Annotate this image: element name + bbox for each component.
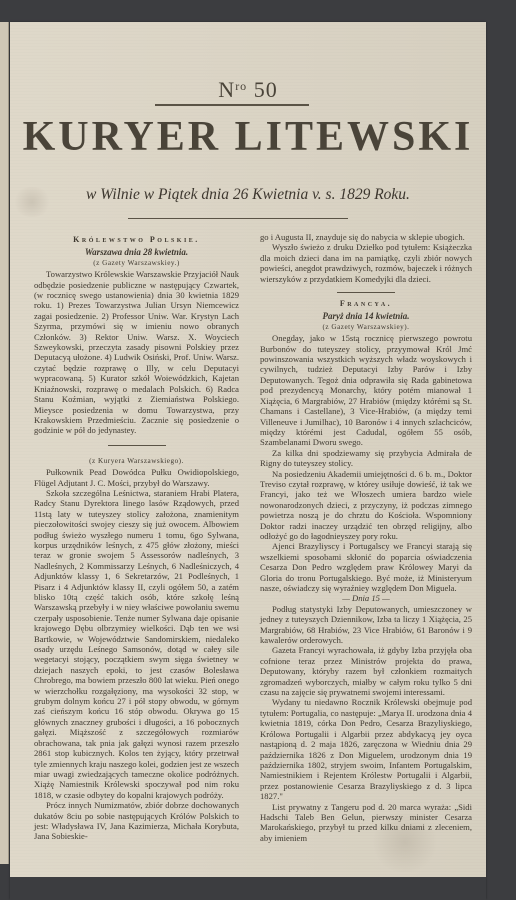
- section-heading-france: Francya.: [260, 299, 472, 309]
- left-column: Królewstwo Polskie. Warszawa dnia 28 kwi…: [34, 232, 239, 842]
- issue-label: N: [218, 77, 235, 102]
- masthead-rule-top: [155, 104, 309, 106]
- section-dateline-warsaw: Warszawa dnia 28 kwietnia.: [34, 247, 239, 257]
- section-heading-poland: Królewstwo Polskie.: [34, 235, 239, 245]
- issue-dateline: w Wilnie w Piątek dnia 26 Kwietnia v. s.…: [10, 186, 486, 204]
- article-paragraph: Za kilka dni spodziewamy się przybycia A…: [260, 448, 472, 469]
- article-paragraph: Na posiedzeniu Akademii umiejętności d. …: [260, 469, 472, 542]
- article-paragraph: Wyszło świeżo z druku Dziełko pod tytułe…: [260, 242, 472, 284]
- newspaper-page: Nro 50 KURYER LITEWSKI w Wilnie w Piątek…: [10, 22, 486, 899]
- section-dateline-paris: Paryż dnia 14 kwietnia.: [260, 311, 472, 321]
- section-source: (z Kuryera Warszawskiego).: [34, 456, 239, 466]
- article-paragraph: Prócz innych Numizmatów, zbiór dobrze do…: [34, 800, 239, 842]
- article-paragraph: Onegday, jako w 15stą rocznicę pierwszeg…: [260, 333, 472, 447]
- article-paragraph: go i Augusta II, znayduje się do nabycia…: [260, 232, 472, 242]
- article-paragraph: Pułkownik Pead Dowódca Pułku Owidiopolsk…: [34, 467, 239, 488]
- binding-edge: [0, 22, 9, 864]
- issue-sup: ro: [235, 79, 247, 93]
- right-column: go i Augusta II, znayduje się do nabycia…: [260, 232, 472, 843]
- section-divider: [108, 445, 166, 446]
- scan-background-bottom: [10, 877, 486, 900]
- day-marker: — Dnia 15 —: [260, 593, 472, 603]
- article-paragraph: Ajenci Brazyliyscy i Portugalscy we Fran…: [260, 541, 472, 593]
- issue-number: Nro 50: [10, 77, 486, 103]
- issue-value: 50: [254, 77, 278, 102]
- masthead-rule-bottom: [128, 218, 348, 219]
- article-paragraph: Wydany tu niedawno Rocznik Królewski obe…: [260, 697, 472, 801]
- article-paragraph: List prywatny z Tangeru pod d. 20 marca …: [260, 802, 472, 844]
- section-source: (z Gazety Warszawskiey.): [34, 258, 239, 268]
- section-source: (z Gazety Warszawskiey).: [260, 322, 472, 332]
- article-paragraph: Szkoła szczególna Leśnictwa, staraniem H…: [34, 488, 239, 800]
- article-paragraph: Gazeta Francyi wyrachowała, iż gdyby Izb…: [260, 645, 472, 697]
- article-paragraph: Podług statystyki Izby Deputowanych, umi…: [260, 604, 472, 646]
- newspaper-title: KURYER LITEWSKI: [10, 116, 486, 158]
- section-divider: [337, 292, 395, 293]
- article-paragraph: Towarzystwo Królewskie Warszawskie Przyj…: [34, 269, 239, 436]
